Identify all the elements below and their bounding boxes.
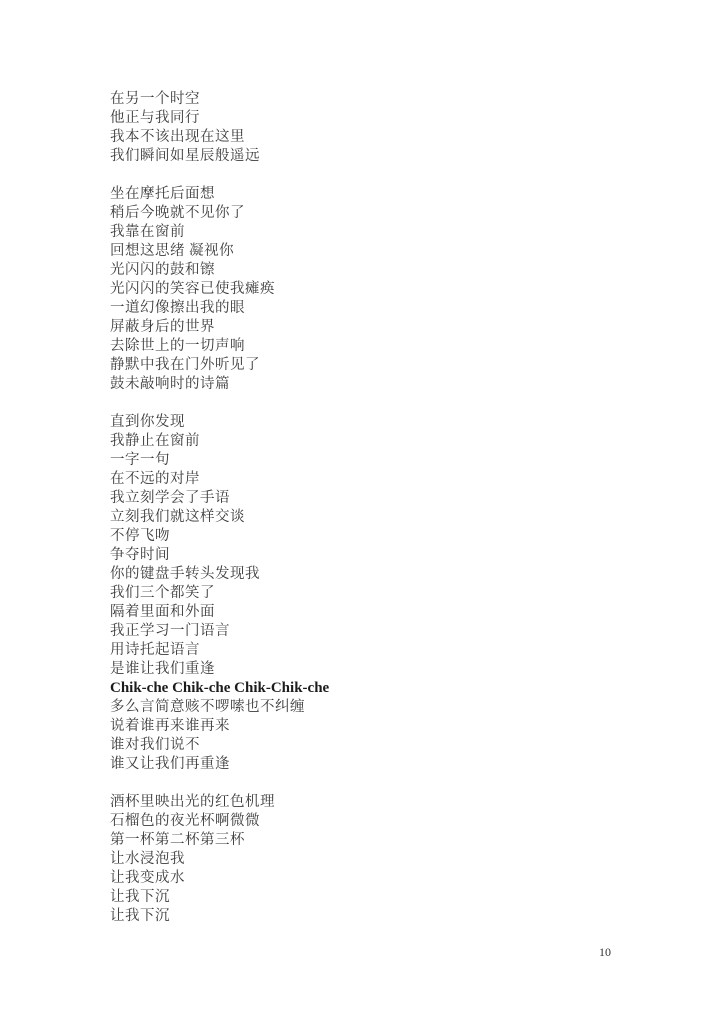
poem-line: 我靠在窗前 bbox=[110, 223, 329, 242]
poem-line: 屏蔽身后的世界 bbox=[110, 318, 329, 337]
document-page: 在另一个时空他正与我同行我本不该出现在这里我们瞬间如星辰般遥远坐在摩托后面想稍后… bbox=[0, 0, 724, 1023]
poem-line: 不停飞吻 bbox=[110, 527, 329, 546]
poem-line: 我静止在窗前 bbox=[110, 432, 329, 451]
stanza: 酒杯里映出光的红色机理石榴色的夜光杯啊微微第一杯第二杯第三杯让水浸泡我让我变成水… bbox=[110, 793, 329, 926]
poem-line: 隔着里面和外面 bbox=[110, 603, 329, 622]
poem-line: 在另一个时空 bbox=[110, 90, 329, 109]
poem-line: 多么言简意赅不啰嗦也不纠缠 bbox=[110, 698, 329, 717]
poem-line: 直到你发现 bbox=[110, 413, 329, 432]
poem-line: 争夺时间 bbox=[110, 546, 329, 565]
poem-line: 一道幻像擦出我的眼 bbox=[110, 299, 329, 318]
poem-line: Chik-che Chik-che Chik-Chik-che bbox=[110, 679, 329, 698]
poem-line: 回想这思绪 凝视你 bbox=[110, 242, 329, 261]
poem-line: 我正学习一门语言 bbox=[110, 622, 329, 641]
poem-line: 在不远的对岸 bbox=[110, 470, 329, 489]
poem-line: 鼓未敲响时的诗篇 bbox=[110, 375, 329, 394]
poem-line: 立刻我们就这样交谈 bbox=[110, 508, 329, 527]
poem-line: 是谁让我们重逢 bbox=[110, 660, 329, 679]
poem-line: 石榴色的夜光杯啊微微 bbox=[110, 812, 329, 831]
poem-line: 我们三个都笑了 bbox=[110, 584, 329, 603]
stanza: 在另一个时空他正与我同行我本不该出现在这里我们瞬间如星辰般遥远 bbox=[110, 90, 329, 166]
poem-line: 让我下沉 bbox=[110, 888, 329, 907]
poem-line: 酒杯里映出光的红色机理 bbox=[110, 793, 329, 812]
poem-line: 说着谁再来谁再来 bbox=[110, 717, 329, 736]
poem-line: 我本不该出现在这里 bbox=[110, 128, 329, 147]
poem-line: 我们瞬间如星辰般遥远 bbox=[110, 147, 329, 166]
poem-line: 稍后今晚就不见你了 bbox=[110, 204, 329, 223]
poem-line: 光闪闪的鼓和镲 bbox=[110, 261, 329, 280]
poem-line: 让我变成水 bbox=[110, 869, 329, 888]
page-number: 10 bbox=[599, 945, 611, 959]
poem-line: 他正与我同行 bbox=[110, 109, 329, 128]
poem-line: 去除世上的一切声响 bbox=[110, 337, 329, 356]
poem-line: 一字一句 bbox=[110, 451, 329, 470]
poem-line: 谁对我们说不 bbox=[110, 736, 329, 755]
poem-line: 谁又让我们再重逢 bbox=[110, 755, 329, 774]
poem-line: 你的键盘手转头发现我 bbox=[110, 565, 329, 584]
stanza: 直到你发现我静止在窗前一字一句在不远的对岸我立刻学会了手语立刻我们就这样交谈不停… bbox=[110, 413, 329, 774]
stanza: 坐在摩托后面想稍后今晚就不见你了我靠在窗前回想这思绪 凝视你光闪闪的鼓和镲光闪闪… bbox=[110, 185, 329, 394]
poem-line: 让我下沉 bbox=[110, 907, 329, 926]
poem-line: 静默中我在门外听见了 bbox=[110, 356, 329, 375]
poem-line: 坐在摩托后面想 bbox=[110, 185, 329, 204]
poem-body: 在另一个时空他正与我同行我本不该出现在这里我们瞬间如星辰般遥远坐在摩托后面想稍后… bbox=[110, 90, 329, 945]
poem-line: 光闪闪的笑容已使我瘫痪 bbox=[110, 280, 329, 299]
poem-line: 我立刻学会了手语 bbox=[110, 489, 329, 508]
poem-line: 用诗托起语言 bbox=[110, 641, 329, 660]
poem-line: 让水浸泡我 bbox=[110, 850, 329, 869]
poem-line: 第一杯第二杯第三杯 bbox=[110, 831, 329, 850]
